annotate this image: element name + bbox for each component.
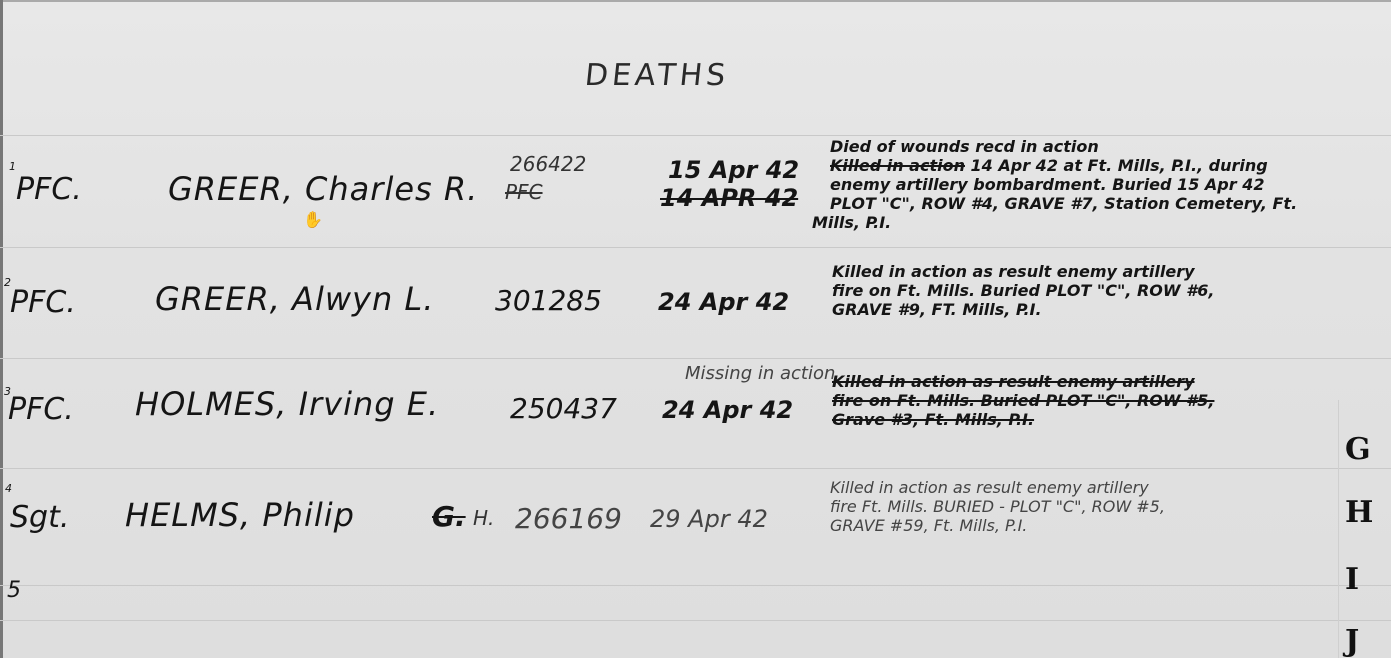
index-tab-i[interactable]: I — [1345, 562, 1359, 597]
entry-date: 24 Apr 42 — [658, 288, 789, 316]
entry-remarks: Died of wounds recd in action Killed in … — [830, 137, 1297, 232]
entry-name-suffix: H. — [473, 506, 494, 530]
entry-index: 4 — [5, 482, 12, 495]
remarks-struck: Killed in action — [830, 156, 965, 175]
ruled-line — [0, 620, 1391, 621]
page-title: DEATHS — [583, 58, 731, 93]
remarks-line: GRAVE #59, Ft. Mills, P.I. — [830, 516, 1165, 535]
index-tab-g[interactable]: G — [1345, 432, 1371, 467]
entry-name-struck: G. — [432, 500, 466, 533]
ruled-line — [0, 135, 1391, 136]
remarks-line: fire on Ft. Mills. Buried PLOT "C", ROW … — [832, 391, 1214, 410]
remarks-line: Mills, P.I. — [812, 213, 1297, 232]
index-tab-j[interactable]: J — [1345, 624, 1359, 658]
entry-name: HELMS, Philip — [125, 496, 355, 534]
remarks-line: fire on Ft. Mills. Buried PLOT "C", ROW … — [832, 281, 1214, 300]
remarks-line: enemy artillery bombardment. Buried 15 A… — [830, 175, 1297, 194]
hand-cursor-icon: ✋ — [303, 210, 323, 229]
entry-name: GREER, Alwyn L. — [155, 280, 434, 318]
page-top-edge — [0, 0, 1391, 2]
entry-serial: 301285 — [495, 284, 602, 317]
entry-date: 24 Apr 42 — [662, 396, 793, 424]
remarks-inserted: Missing in action — [685, 364, 835, 383]
remarks-line: GRAVE #9, FT. Mills, P.I. — [832, 300, 1214, 319]
remarks-line: PLOT "C", ROW #4, GRAVE #7, Station Ceme… — [830, 194, 1297, 213]
index-tab-h[interactable]: H — [1345, 495, 1373, 530]
entry-name: GREER, Charles R. — [168, 170, 478, 208]
entry-serial: 250437 — [510, 392, 617, 425]
entry-serial: 266169 — [515, 502, 622, 535]
ruled-line — [0, 468, 1391, 469]
entry-date: 29 Apr 42 — [650, 505, 768, 533]
entry-date-struck: 14 APR 42 — [660, 184, 798, 212]
entry-remarks: Killed in action as result enemy artille… — [830, 478, 1165, 535]
entry-name: HOLMES, Irving E. — [135, 385, 439, 423]
ruled-line — [0, 358, 1391, 359]
entry-serial-struck: PFC — [505, 180, 543, 204]
entry-index: 1 — [9, 160, 16, 173]
remarks-line: Grave #3, Ft. Mills, P.I. — [832, 410, 1214, 429]
entry-rank: PFC. — [8, 392, 74, 427]
entry-rank: PFC. — [10, 285, 76, 320]
remarks-line: Killed in action as result enemy artille… — [832, 262, 1214, 281]
remarks-line: 14 Apr 42 at Ft. Mills, P.I., during — [971, 156, 1268, 175]
entry-rank: Sgt. — [10, 500, 69, 535]
remarks-line: Killed in action as result enemy artille… — [832, 372, 1214, 391]
remarks-line: fire Ft. Mills. BURIED - PLOT "C", ROW #… — [830, 497, 1165, 516]
remarks-inserted: Died of wounds recd in action — [830, 137, 1297, 156]
ruled-line — [0, 247, 1391, 248]
ruled-line — [0, 585, 1391, 586]
entry-date: 15 Apr 42 — [668, 156, 799, 184]
entry-remarks-struck: Killed in action as result enemy artille… — [832, 372, 1214, 429]
entry-rank: PFC. — [16, 172, 82, 207]
entry-remarks: Killed in action as result enemy artille… — [832, 262, 1214, 319]
entry-index: 5 — [7, 578, 21, 603]
remarks-line: Killed in action as result enemy artille… — [830, 478, 1165, 497]
page-left-edge — [0, 0, 3, 658]
document-page: DEATHS 1 PFC. GREER, Charles R. 266422 P… — [0, 0, 1391, 658]
entry-serial: 266422 — [510, 152, 586, 176]
index-tab-strip — [1338, 400, 1339, 658]
